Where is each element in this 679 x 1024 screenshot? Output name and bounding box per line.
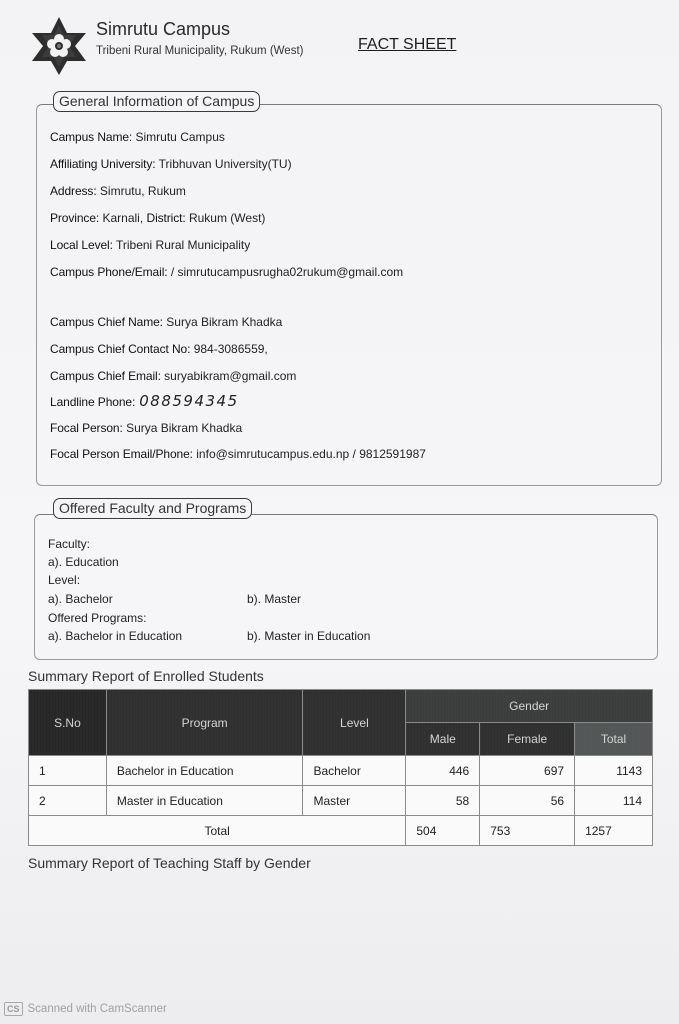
field-campus-chief-contact: Campus Chief Contact No: 984-3086559,	[50, 342, 268, 356]
camscanner-text: Scanned with CamScanner	[28, 1003, 167, 1015]
document-title: FACT SHEET	[358, 36, 456, 54]
cell-total: 1143	[575, 756, 653, 786]
camscanner-logo-icon: CS	[4, 1002, 23, 1016]
program-a: a). Bachelor in Education	[48, 629, 182, 643]
field-landline-phone: Landline Phone:088594345	[50, 392, 239, 410]
cell-male: 58	[406, 786, 480, 816]
header-male: Male	[406, 723, 480, 756]
campus-title: Simrutu Campus	[96, 19, 230, 40]
total-female: 753	[480, 816, 575, 846]
handwritten-landline: 088594345	[139, 392, 238, 410]
cell-total: 114	[575, 786, 653, 816]
cell-sno: 1	[29, 756, 107, 786]
field-focal-person: Focal Person: Surya Bikram Khadka	[50, 421, 242, 435]
programs-label: Offered Programs:	[48, 611, 146, 625]
field-focal-person-contact: Focal Person Email/Phone: info@simrutuca…	[50, 447, 426, 461]
faculty-label: Faculty:	[48, 537, 90, 551]
cell-level: Bachelor	[303, 756, 406, 786]
cell-level: Master	[303, 786, 406, 816]
cell-sno: 2	[29, 786, 107, 816]
field-campus-phone-email: Campus Phone/Email: / simrutucampusrugha…	[50, 265, 403, 279]
cell-program: Master in Education	[106, 786, 303, 816]
table-row: 2 Master in Education Master 58 56 114	[29, 786, 653, 816]
header-program: Program	[106, 690, 303, 756]
field-local-level: Local Level: Tribeni Rural Municipality	[50, 238, 250, 252]
level-b: b). Master	[247, 592, 301, 606]
cell-female: 697	[480, 756, 575, 786]
total-total: 1257	[575, 816, 653, 846]
teaching-staff-title: Summary Report of Teaching Staff by Gend…	[28, 855, 311, 871]
field-affiliating-university: Affiliating University: Tribhuvan Univer…	[50, 157, 292, 171]
field-address: Address: Simrutu, Rukum	[50, 184, 186, 198]
field-campus-chief-name: Campus Chief Name: Surya Bikram Khadka	[50, 315, 282, 329]
field-province-district: Province: Karnali, District: Rukum (West…	[50, 211, 265, 225]
header-female: Female	[480, 723, 575, 756]
enrolled-students-title: Summary Report of Enrolled Students	[28, 668, 264, 684]
enrolled-students-table: S.No Program Level Gender Male Female To…	[28, 689, 653, 846]
level-label: Level:	[48, 573, 80, 587]
total-male: 504	[406, 816, 480, 846]
cell-male: 446	[406, 756, 480, 786]
header-level: Level	[303, 690, 406, 756]
cell-female: 56	[480, 786, 575, 816]
header-gender: Gender	[406, 690, 653, 723]
fact-sheet-page: Simrutu Campus Tribeni Rural Municipalit…	[0, 0, 679, 1024]
header-total: Total	[575, 723, 653, 756]
level-a: a). Bachelor	[48, 592, 113, 606]
campus-subtitle: Tribeni Rural Municipality, Rukum (West)	[96, 45, 303, 57]
table-row: 1 Bachelor in Education Bachelor 446 697…	[29, 756, 653, 786]
total-label: Total	[29, 816, 406, 846]
general-info-legend: General Information of Campus	[53, 91, 260, 112]
table-total-row: Total 504 753 1257	[29, 816, 653, 846]
faculty-a: a). Education	[48, 555, 119, 569]
camscanner-watermark: CS Scanned with CamScanner	[4, 1002, 167, 1016]
faculty-programs-legend: Offered Faculty and Programs	[53, 498, 252, 519]
program-b: b). Master in Education	[247, 629, 370, 643]
field-campus-name: Campus Name: Simrutu Campus	[50, 130, 225, 144]
star-emblem-icon	[30, 15, 88, 77]
header-sno: S.No	[29, 690, 107, 756]
cell-program: Bachelor in Education	[106, 756, 303, 786]
field-campus-chief-email: Campus Chief Email: suryabikram@gmail.co…	[50, 369, 296, 383]
